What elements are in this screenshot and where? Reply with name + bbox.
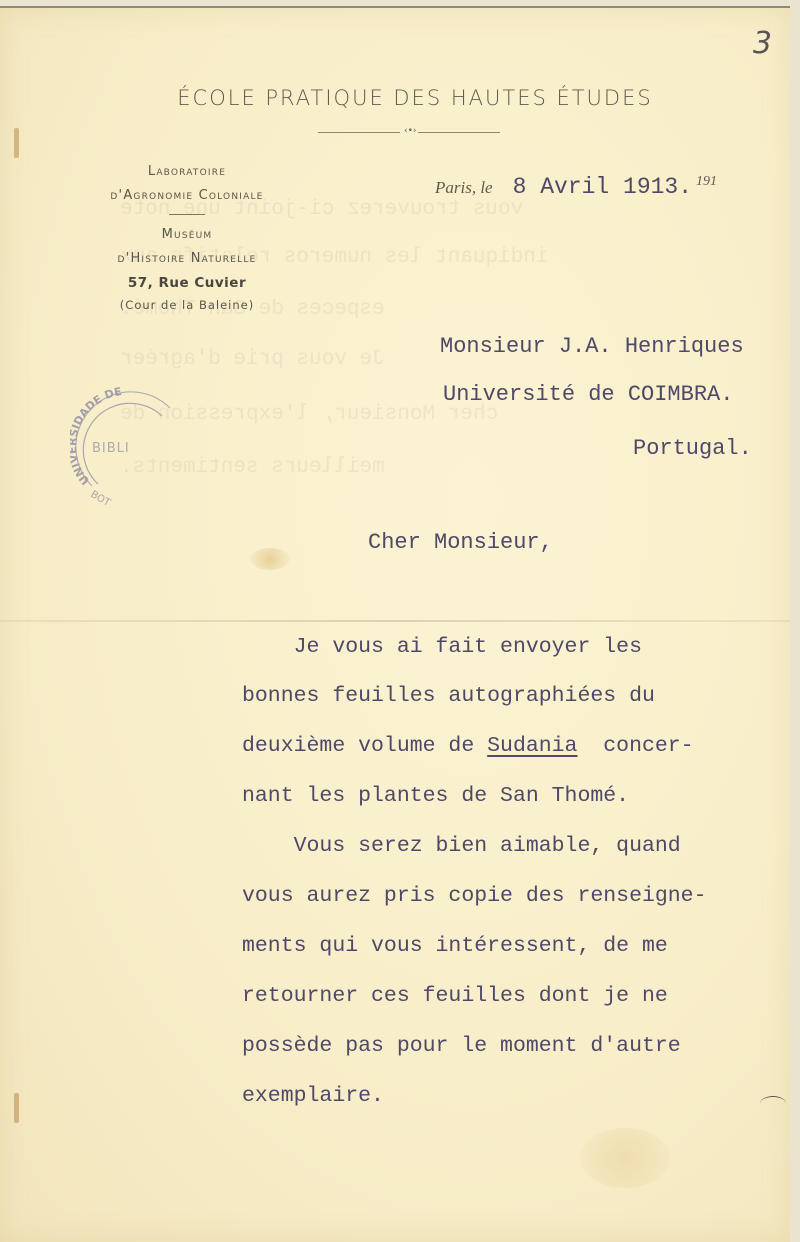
- page-number: 3: [753, 26, 772, 61]
- svg-text:BOT: BOT: [89, 489, 113, 506]
- edge-stain: [14, 1093, 19, 1123]
- body-line-1: Je vous ai fait envoyer les: [242, 635, 642, 659]
- printed-year-prefix: 191: [696, 174, 717, 189]
- dateline: Paris, le 8 Avril 1913. 191: [435, 174, 717, 200]
- recipient-country: Portugal.: [633, 436, 752, 461]
- svg-text:UNIVERSIDADE DE: UNIVERSIDADE DE: [70, 386, 123, 487]
- museum-line-2: d'Histoire Naturelle: [62, 247, 312, 271]
- body-line-9: possède pas pour le moment d'autre: [242, 1034, 681, 1058]
- body-line-3: deuxième volume de Sudania concer-: [242, 734, 694, 758]
- pencil-mark: [760, 1096, 786, 1111]
- body-line-7: ments qui vous intéressent, de me: [242, 934, 668, 958]
- edge-stain: [14, 128, 19, 158]
- body-line-8: retourner ces feuilles dont je ne: [242, 984, 668, 1008]
- svg-text:BIBLI: BIBLI: [92, 441, 130, 456]
- institution-heading: ÉCOLE PRATIQUE DES HAUTES ÉTUDES: [120, 86, 710, 110]
- place-prefix: Paris, le: [435, 178, 493, 197]
- letter-date: 8 Avril 1913.: [513, 174, 692, 200]
- street-address: 57, Rue Cuvier: [62, 271, 312, 295]
- letterhead-block: Laboratoire d'Agronomie Coloniale Muséum…: [62, 160, 312, 315]
- library-stamp-icon: UNIVERSIDADE DE BIBLI BOT: [70, 386, 180, 506]
- paper-stain: [580, 1128, 670, 1188]
- letter-page: vous trouverez ci-joint une note indiqua…: [0, 6, 790, 1242]
- recipient-institution: Université de COIMBRA.: [443, 382, 733, 407]
- body-line-10: exemplaire.: [242, 1084, 384, 1108]
- heading-ornament: ‹•›: [318, 128, 500, 136]
- paper-fold-line: [0, 620, 790, 622]
- lab-line-1: Laboratoire: [62, 160, 312, 184]
- bleed-through-text: Je vous prie d'agréer: [120, 348, 385, 371]
- publication-title: Sudania: [487, 734, 577, 758]
- body-line-6: vous aurez pris copie des renseigne-: [242, 884, 706, 908]
- recipient-name: Monsieur J.A. Henriques: [440, 334, 744, 359]
- ink-stain: [250, 548, 290, 570]
- body-line-2: bonnes feuilles autographiées du: [242, 684, 655, 708]
- body-line-5: Vous serez bien aimable, quand: [242, 834, 681, 858]
- lab-line-2: d'Agronomie Coloniale: [62, 184, 312, 208]
- salutation: Cher Monsieur,: [368, 530, 553, 555]
- body-line-4: nant les plantes de San Thomé.: [242, 784, 629, 808]
- court-address: (Cour de la Baleine): [62, 295, 312, 315]
- museum-line-1: Muséum: [62, 223, 312, 247]
- letterhead-divider: [169, 214, 205, 215]
